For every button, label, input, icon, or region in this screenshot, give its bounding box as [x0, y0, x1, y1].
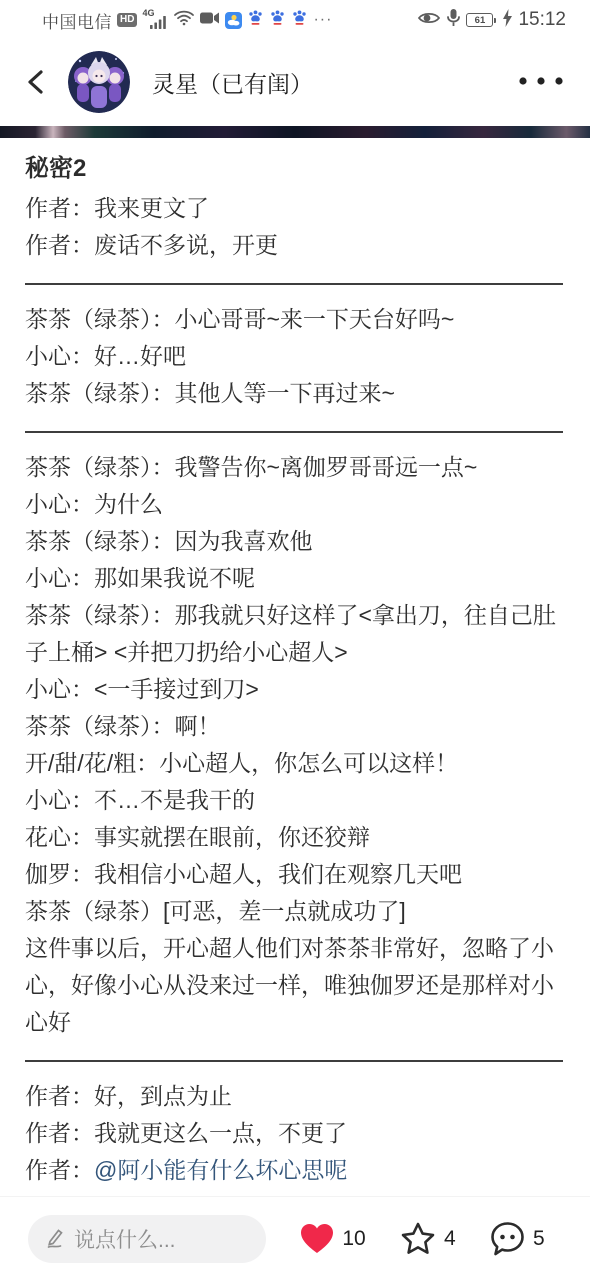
microphone-icon [446, 8, 461, 33]
bottom-bar: 说点什么... 10 4 5 [0, 1196, 590, 1280]
weather-app-icon [225, 12, 242, 29]
nav-bar: 灵星（已有闺） [0, 38, 590, 126]
post-line: 茶茶（绿茶）：因为我喜欢他 [25, 523, 565, 560]
like-count: 10 [342, 1227, 365, 1251]
paw-app-icon [291, 9, 308, 31]
post-line: 作者：好，到点为止 [25, 1078, 565, 1115]
video-camera-icon [200, 11, 220, 30]
mention-prefix: 作者： [25, 1157, 94, 1183]
post-divider [25, 1041, 565, 1078]
post-line: 小心：不…不是我干的 [25, 782, 565, 819]
post-line: 伽罗：我相信小心超人，我们在观察几天吧 [25, 856, 565, 893]
back-chevron-icon [24, 69, 48, 95]
heart-icon [299, 1222, 335, 1255]
battery-level: 61 [475, 15, 486, 26]
comment-input[interactable]: 说点什么... [28, 1215, 266, 1263]
avatar[interactable] [68, 51, 130, 113]
post-line: 花心：事实就摆在眼前，你还狡辩 [25, 819, 565, 856]
post-content: 秘密2 作者：我来更文了作者：废话不多说，开更茶茶（绿茶）：小心哥哥~来一下天台… [0, 138, 590, 1189]
like-button[interactable]: 10 [299, 1222, 365, 1255]
post-line: 作者：@阿小能有什么坏心思呢 [25, 1152, 565, 1189]
favorite-button[interactable]: 4 [399, 1221, 456, 1257]
eye-icon [417, 10, 441, 31]
pencil-edit-icon [44, 1228, 65, 1249]
post-line: 小心：好…好吧 [25, 338, 565, 375]
post-line: 茶茶（绿茶）：那我就只好这样了<拿出刀，往自己肚子上桶> <并把刀扔给小心超人> [25, 597, 565, 671]
post-line: 小心：那如果我说不呢 [25, 560, 565, 597]
post-line: 开/甜/花/粗：小心超人，你怎么可以这样！ [25, 745, 565, 782]
mention-link[interactable]: @阿小能有什么坏心思呢 [94, 1157, 347, 1183]
post-line: 小心：为什么 [25, 486, 565, 523]
post-line: 这件事以后，开心超人他们对茶茶非常好，忽略了小心，好像小心从没来过一样，唯独伽罗… [25, 930, 565, 1041]
more-dots-icon [518, 76, 564, 86]
page-title: 灵星（已有闺） [152, 66, 313, 99]
more-apps-icon: ··· [313, 11, 332, 29]
paw-app-icon [269, 9, 286, 31]
signal-strength-icon: 4G [142, 10, 168, 30]
post-line: 小心：<一手接过到刀> [25, 671, 565, 708]
hd-badge-icon: HD [117, 13, 137, 27]
comment-count: 5 [533, 1227, 545, 1251]
post-divider [25, 264, 565, 301]
post-line: 茶茶（绿茶）：我警告你~离伽罗哥哥远一点~ [25, 449, 565, 486]
post-title: 秘密2 [25, 150, 565, 187]
comment-placeholder: 说点什么... [74, 1224, 176, 1254]
post-body: 作者：我来更文了作者：废话不多说，开更茶茶（绿茶）：小心哥哥~来一下天台好吗~小… [25, 190, 565, 1189]
back-button[interactable] [24, 69, 48, 95]
post-line: 茶茶（绿茶）：啊！ [25, 708, 565, 745]
comment-bubble-icon [489, 1221, 526, 1257]
post-divider [25, 412, 565, 449]
carrier-label: 中国电信 [42, 8, 112, 33]
comment-button[interactable]: 5 [489, 1221, 545, 1257]
post-image-strip[interactable] [0, 126, 590, 138]
post-line: 作者：我来更文了 [25, 190, 565, 227]
battery-icon: 61 [466, 13, 493, 27]
post-line: 茶茶（绿茶）：其他人等一下再过来~ [25, 375, 565, 412]
wifi-icon [173, 9, 195, 32]
paw-app-icon [247, 9, 264, 31]
post-line: 茶茶（绿茶）：小心哥哥~来一下天台好吗~ [25, 301, 565, 338]
favorite-count: 4 [444, 1227, 456, 1251]
post-line: 茶茶（绿茶）[可恶，差一点就成功了] [25, 893, 565, 930]
post-line: 作者：废话不多说，开更 [25, 227, 565, 264]
star-icon [399, 1221, 437, 1257]
more-options-button[interactable] [518, 73, 564, 91]
status-bar: 中国电信 HD 4G ··· [0, 0, 590, 38]
clock-time: 15:12 [518, 9, 566, 31]
charging-bolt-icon [502, 9, 513, 32]
post-line: 作者：我就更这么一点，不更了 [25, 1115, 565, 1152]
